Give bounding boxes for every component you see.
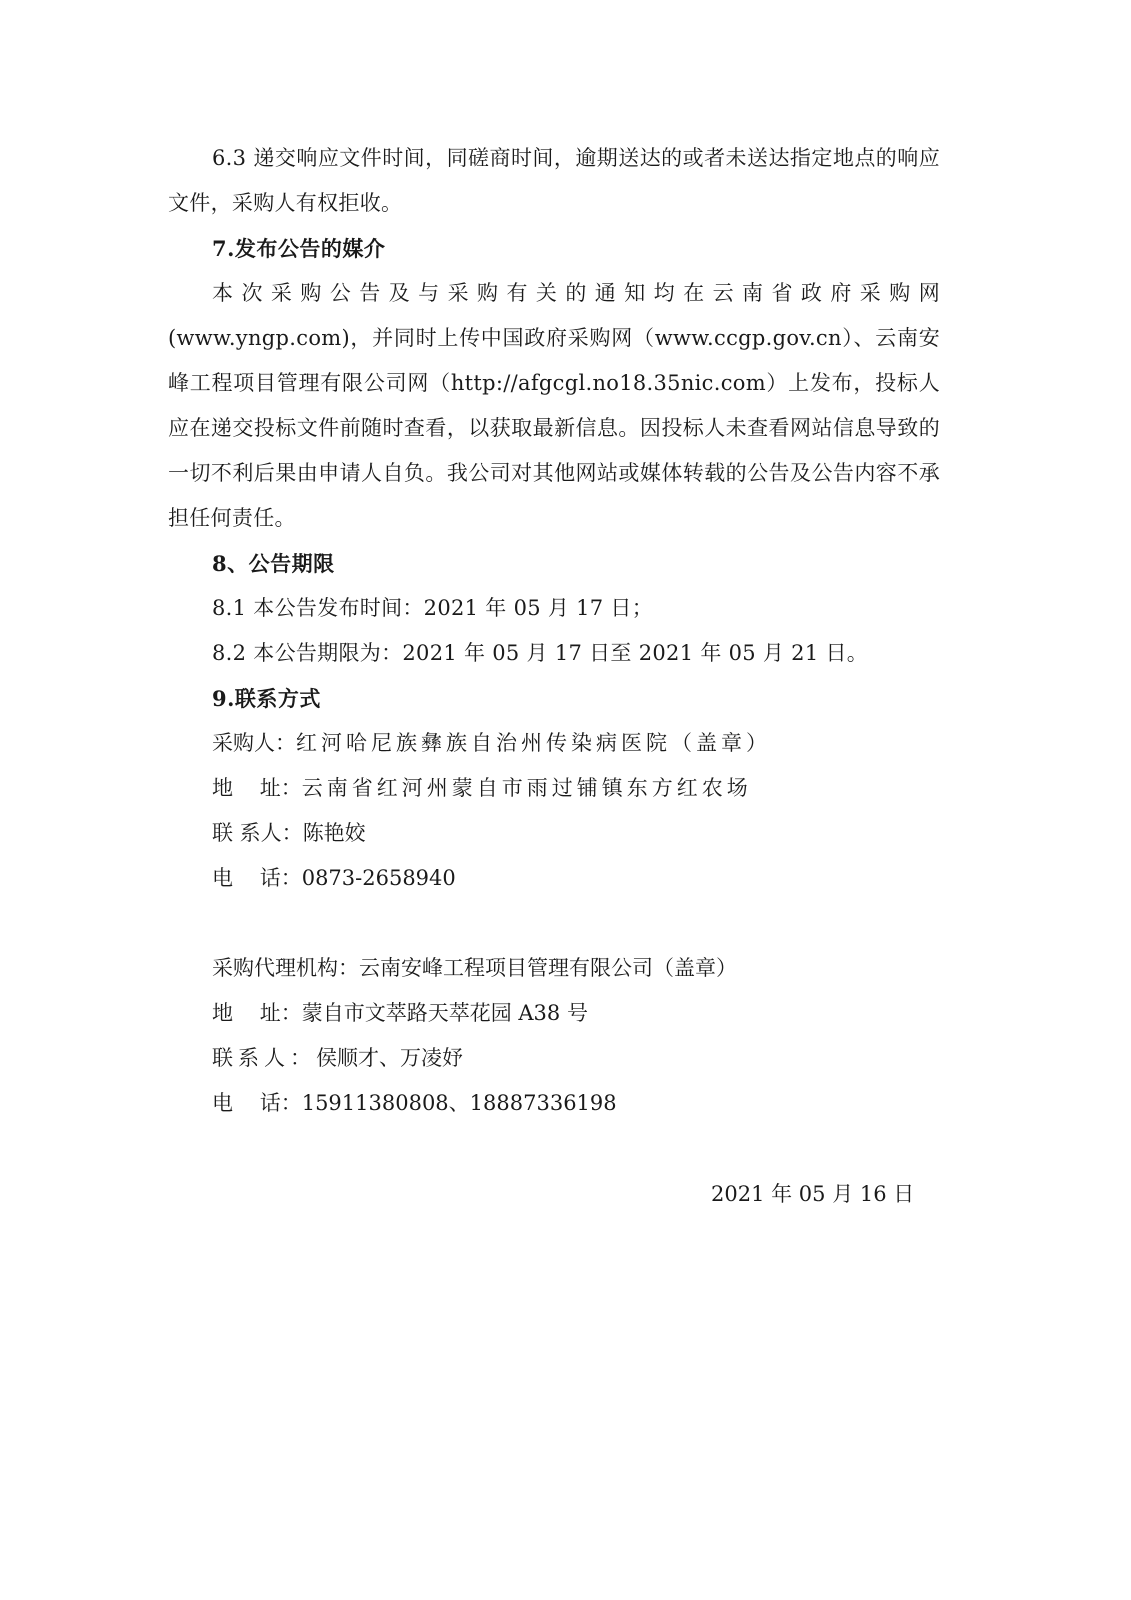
purchaser-address-value: 云南省红河州蒙自市雨过铺镇东方红农场 — [302, 766, 752, 811]
item-8-2: 8.2 本公告期限为：2021 年 05 月 17 日至 2021 年 05 月… — [168, 631, 940, 676]
section-8-heading: 8、公告期限 — [168, 541, 940, 586]
agency-address-row: 地 址： 蒙自市文萃路天萃花园 A38 号 — [168, 991, 940, 1036]
agency-contact-value: 侯顺才、万凌妤 — [316, 1036, 463, 1081]
purchaser-contact-value: 陈艳姣 — [303, 811, 366, 856]
purchaser-name-value: 红河哈尼族彝族自治州传染病医院（盖章） — [296, 721, 771, 766]
purchaser-name-row: 采购人： 红河哈尼族彝族自治州传染病医院（盖章） — [168, 721, 940, 766]
purchaser-phone-value: 0873-2658940 — [302, 856, 456, 901]
agency-contact-label: 联系人： — [212, 1036, 316, 1081]
agency-name-label: 采购代理机构： — [212, 946, 359, 991]
section-7-heading: 7.发布公告的媒介 — [168, 226, 940, 271]
document-page: 6.3 递交响应文件时间，同磋商时间，逾期送达的或者未送达指定地点的响应文件，采… — [168, 136, 940, 1126]
purchaser-contact-block: 采购人： 红河哈尼族彝族自治州传染病医院（盖章） 地 址： 云南省红河州蒙自市雨… — [168, 721, 940, 901]
purchaser-contact-row: 联 系人： 陈艳姣 — [168, 811, 940, 856]
agency-name-value: 云南安峰工程项目管理有限公司（盖章） — [359, 946, 737, 991]
agency-phone-label: 电 话： — [212, 1081, 302, 1126]
purchaser-name-label: 采购人： — [212, 721, 296, 766]
purchaser-phone-row: 电 话： 0873-2658940 — [168, 856, 940, 901]
agency-contact-row: 联系人： 侯顺才、万凌妤 — [168, 1036, 940, 1081]
purchaser-address-label: 地 址： — [212, 766, 302, 811]
agency-name-row: 采购代理机构： 云南安峰工程项目管理有限公司（盖章） — [168, 946, 940, 991]
agency-address-label: 地 址： — [212, 991, 302, 1036]
section-9-heading: 9.联系方式 — [168, 676, 940, 721]
purchaser-phone-label: 电 话： — [212, 856, 302, 901]
agency-contact-block: 采购代理机构： 云南安峰工程项目管理有限公司（盖章） 地 址： 蒙自市文萃路天萃… — [168, 946, 940, 1126]
purchaser-contact-label: 联 系人： — [212, 811, 303, 856]
paragraph-6-3: 6.3 递交响应文件时间，同磋商时间，逾期送达的或者未送达指定地点的响应文件，采… — [168, 136, 940, 226]
agency-phone-row: 电 话： 15911380808、18887336198 — [168, 1081, 940, 1126]
section-7-body: 本次采购公告及与采购有关的通知均在云南省政府采购网(www.yngp.com)，… — [168, 271, 940, 541]
agency-address-value: 蒙自市文萃路天萃花园 A38 号 — [302, 991, 588, 1036]
purchaser-address-row: 地 址： 云南省红河州蒙自市雨过铺镇东方红农场 — [168, 766, 940, 811]
item-8-1: 8.1 本公告发布时间：2021 年 05 月 17 日； — [168, 586, 940, 631]
signature-date: 2021 年 05 月 16 日 — [711, 1172, 914, 1217]
agency-phone-value: 15911380808、18887336198 — [302, 1081, 617, 1126]
block-spacer — [168, 901, 940, 946]
